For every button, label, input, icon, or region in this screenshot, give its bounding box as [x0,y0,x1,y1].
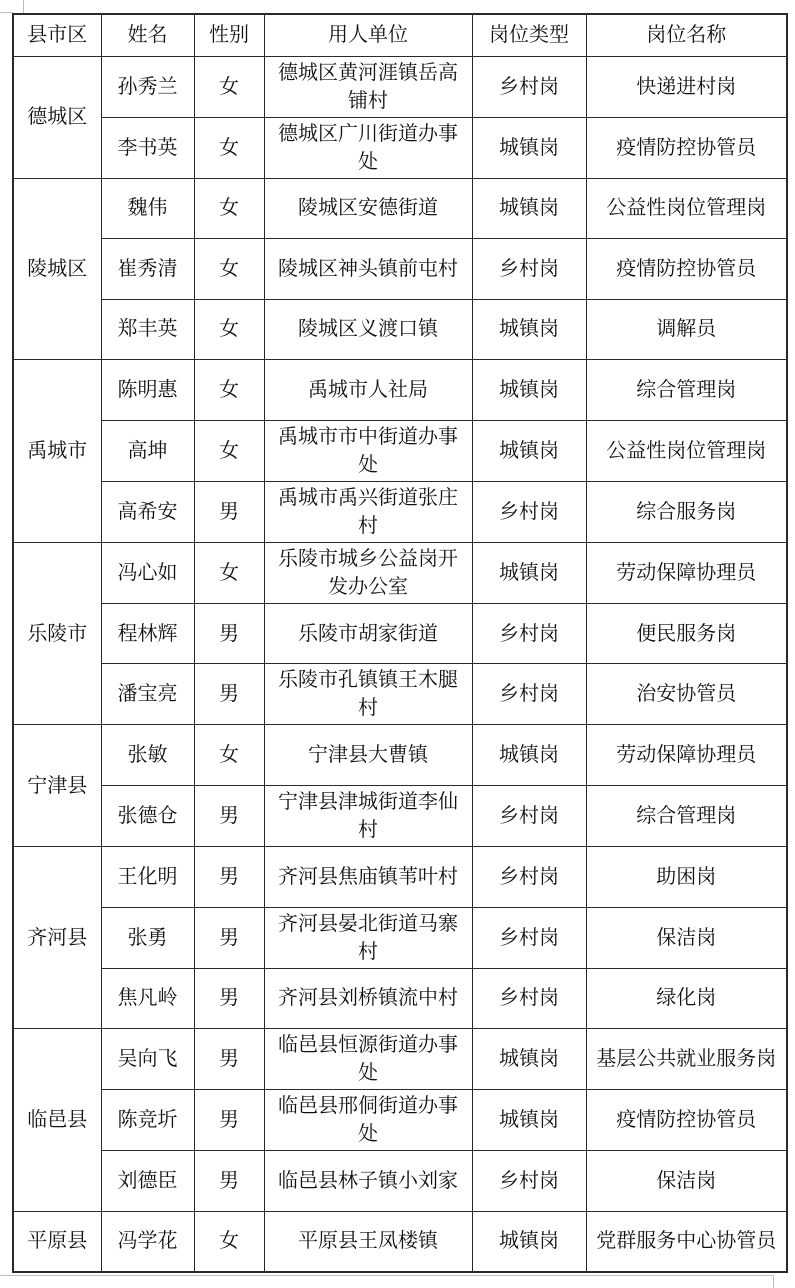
name-cell: 冯心如 [101,542,194,603]
region-cell: 禹城市 [13,360,101,543]
post-type-cell: 乡村岗 [472,907,586,968]
region-cell: 临邑县 [13,1029,101,1212]
post-name-cell: 保洁岗 [586,1151,787,1212]
employer-cell: 德城区黄河涯镇岳高铺村 [264,56,472,117]
employer-cell: 陵城区神头镇前屯村 [264,239,472,300]
region-cell: 宁津县 [13,725,101,847]
employer-cell: 临邑县林子镇小刘家 [264,1151,472,1212]
employer-cell: 平原县王凤楼镇 [264,1211,472,1272]
name-cell: 刘德臣 [101,1151,194,1212]
table-row: 齐河县王化明男齐河县焦庙镇苇叶村乡村岗助困岗 [13,847,787,908]
post-name-cell: 便民服务岗 [586,603,787,664]
name-cell: 焦凡岭 [101,968,194,1029]
post-type-cell: 城镇岗 [472,420,586,481]
table-row: 平原县冯学花女平原县王凤楼镇城镇岗党群服务中心协管员 [13,1211,787,1272]
name-cell: 崔秀清 [101,239,194,300]
gender-cell: 女 [194,56,264,117]
post-type-cell: 乡村岗 [472,664,586,725]
post-type-cell: 乡村岗 [472,239,586,300]
gender-cell: 男 [194,603,264,664]
employer-cell: 禹城市人社局 [264,360,472,421]
post-type-cell: 乡村岗 [472,786,586,847]
name-cell: 潘宝亮 [101,664,194,725]
post-type-cell: 城镇岗 [472,117,586,178]
post-name-cell: 调解员 [586,299,787,360]
name-cell: 张敏 [101,725,194,786]
region-cell: 平原县 [13,1211,101,1272]
post-type-cell: 乡村岗 [472,1151,586,1212]
table-body: 德城区孙秀兰女德城区黄河涯镇岳高铺村乡村岗快递进村岗李书英女德城区广川街道办事处… [13,56,787,1272]
gender-cell: 女 [194,178,264,239]
employer-cell: 乐陵市胡家街道 [264,603,472,664]
employer-cell: 临邑县邢侗街道办事处 [264,1090,472,1151]
gender-cell: 男 [194,664,264,725]
table-row: 焦凡岭男齐河县刘桥镇流中村乡村岗绿化岗 [13,968,787,1029]
post-name-cell: 公益性岗位管理岗 [586,420,787,481]
employer-cell: 宁津县大曹镇 [264,725,472,786]
table-row: 崔秀清女陵城区神头镇前屯村乡村岗疫情防控协管员 [13,239,787,300]
employer-cell: 德城区广川街道办事处 [264,117,472,178]
table-row: 陵城区魏伟女陵城区安德街道城镇岗公益性岗位管理岗 [13,178,787,239]
employer-cell: 禹城市禹兴街道张庄村 [264,481,472,542]
post-type-cell: 城镇岗 [472,360,586,421]
table-row: 张勇男齐河县晏北街道马寨村乡村岗保洁岗 [13,907,787,968]
table-row: 临邑县吴向飞男临邑县恒源街道办事处城镇岗基层公共就业服务岗 [13,1029,787,1090]
post-type-cell: 乡村岗 [472,968,586,1029]
table-row: 高坤女禹城市市中街道办事处城镇岗公益性岗位管理岗 [13,420,787,481]
post-name-cell: 公益性岗位管理岗 [586,178,787,239]
gender-cell: 女 [194,117,264,178]
gender-cell: 女 [194,1211,264,1272]
name-cell: 王化明 [101,847,194,908]
name-cell: 冯学花 [101,1211,194,1272]
post-name-cell: 综合服务岗 [586,481,787,542]
region-cell: 齐河县 [13,847,101,1029]
table-row: 德城区孙秀兰女德城区黄河涯镇岳高铺村乡村岗快递进村岗 [13,56,787,117]
gender-cell: 男 [194,968,264,1029]
post-name-cell: 疫情防控协管员 [586,1090,787,1151]
crop-artifact-bottom-horizontal [0,1275,774,1276]
header-gender: 性别 [194,14,264,56]
table-row: 高希安男禹城市禹兴街道张庄村乡村岗综合服务岗 [13,481,787,542]
gender-cell: 男 [194,1151,264,1212]
table-row: 陈竞圻男临邑县邢侗街道办事处城镇岗疫情防控协管员 [13,1090,787,1151]
post-name-cell: 助困岗 [586,847,787,908]
name-cell: 孙秀兰 [101,56,194,117]
header-post-name: 岗位名称 [586,14,787,56]
name-cell: 吴向飞 [101,1029,194,1090]
gender-cell: 男 [194,786,264,847]
gender-cell: 男 [194,1090,264,1151]
region-cell: 陵城区 [13,178,101,360]
post-type-cell: 乡村岗 [472,481,586,542]
post-name-cell: 快递进村岗 [586,56,787,117]
gender-cell: 男 [194,907,264,968]
table-row: 潘宝亮男乐陵市孔镇镇王木腿村乡村岗治安协管员 [13,664,787,725]
employer-cell: 齐河县刘桥镇流中村 [264,968,472,1029]
employer-cell: 乐陵市孔镇镇王木腿村 [264,664,472,725]
gender-cell: 女 [194,420,264,481]
crop-artifact-bottom-right-vertical [773,1275,774,1288]
employer-cell: 齐河县焦庙镇苇叶村 [264,847,472,908]
table-row: 程林辉男乐陵市胡家街道乡村岗便民服务岗 [13,603,787,664]
name-cell: 郑丰英 [101,299,194,360]
post-name-cell: 劳动保障协理员 [586,725,787,786]
page: 县市区 姓名 性别 用人单位 岗位类型 岗位名称 德城区孙秀兰女德城区黄河涯镇岳… [0,0,795,1288]
post-type-cell: 城镇岗 [472,1090,586,1151]
region-cell: 乐陵市 [13,542,101,725]
name-cell: 程林辉 [101,603,194,664]
employer-cell: 宁津县津城街道李仙村 [264,786,472,847]
gender-cell: 女 [194,360,264,421]
gender-cell: 男 [194,1029,264,1090]
post-name-cell: 党群服务中心协管员 [586,1211,787,1272]
post-name-cell: 综合管理岗 [586,360,787,421]
name-cell: 张德仓 [101,786,194,847]
header-name: 姓名 [101,14,194,56]
gender-cell: 女 [194,299,264,360]
region-cell: 德城区 [13,56,101,178]
name-cell: 张勇 [101,907,194,968]
name-cell: 陈竞圻 [101,1090,194,1151]
post-type-cell: 城镇岗 [472,178,586,239]
employer-cell: 乐陵市城乡公益岗开发办公室 [264,542,472,603]
post-type-cell: 城镇岗 [472,1211,586,1272]
header-row: 县市区 姓名 性别 用人单位 岗位类型 岗位名称 [13,14,787,56]
crop-artifact-top-left-vertical [23,0,24,13]
post-name-cell: 保洁岗 [586,907,787,968]
post-type-cell: 城镇岗 [472,725,586,786]
table-row: 李书英女德城区广川街道办事处城镇岗疫情防控协管员 [13,117,787,178]
gender-cell: 男 [194,481,264,542]
header-post-type: 岗位类型 [472,14,586,56]
post-type-cell: 乡村岗 [472,603,586,664]
employer-cell: 临邑县恒源街道办事处 [264,1029,472,1090]
table-row: 刘德臣男临邑县林子镇小刘家乡村岗保洁岗 [13,1151,787,1212]
employer-cell: 齐河县晏北街道马寨村 [264,907,472,968]
post-name-cell: 基层公共就业服务岗 [586,1029,787,1090]
gender-cell: 女 [194,239,264,300]
post-name-cell: 疫情防控协管员 [586,239,787,300]
post-name-cell: 综合管理岗 [586,786,787,847]
table-row: 张德仓男宁津县津城街道李仙村乡村岗综合管理岗 [13,786,787,847]
job-roster-table: 县市区 姓名 性别 用人单位 岗位类型 岗位名称 德城区孙秀兰女德城区黄河涯镇岳… [12,13,788,1273]
post-name-cell: 绿化岗 [586,968,787,1029]
table-row: 禹城市陈明惠女禹城市人社局城镇岗综合管理岗 [13,360,787,421]
post-type-cell: 乡村岗 [472,847,586,908]
table-row: 乐陵市冯心如女乐陵市城乡公益岗开发办公室城镇岗劳动保障协理员 [13,542,787,603]
name-cell: 魏伟 [101,178,194,239]
table-header: 县市区 姓名 性别 用人单位 岗位类型 岗位名称 [13,14,787,56]
post-name-cell: 疫情防控协管员 [586,117,787,178]
name-cell: 陈明惠 [101,360,194,421]
post-type-cell: 城镇岗 [472,299,586,360]
post-name-cell: 治安协管员 [586,664,787,725]
employer-cell: 禹城市市中街道办事处 [264,420,472,481]
table-row: 宁津县张敏女宁津县大曹镇城镇岗劳动保障协理员 [13,725,787,786]
gender-cell: 女 [194,542,264,603]
name-cell: 李书英 [101,117,194,178]
employer-cell: 陵城区安德街道 [264,178,472,239]
employer-cell: 陵城区义渡口镇 [264,299,472,360]
header-region: 县市区 [13,14,101,56]
gender-cell: 女 [194,725,264,786]
post-type-cell: 乡村岗 [472,56,586,117]
name-cell: 高希安 [101,481,194,542]
gender-cell: 男 [194,847,264,908]
header-employer: 用人单位 [264,14,472,56]
post-type-cell: 城镇岗 [472,542,586,603]
name-cell: 高坤 [101,420,194,481]
post-name-cell: 劳动保障协理员 [586,542,787,603]
table-row: 郑丰英女陵城区义渡口镇城镇岗调解员 [13,299,787,360]
post-type-cell: 城镇岗 [472,1029,586,1090]
